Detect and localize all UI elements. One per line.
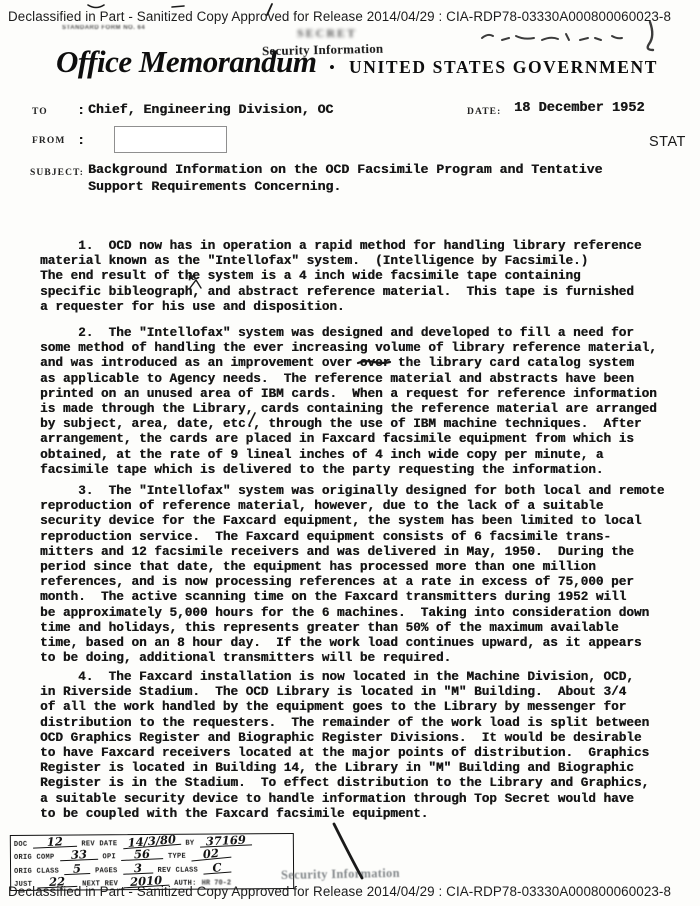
to-value: Chief, Engineering Division, OC <box>88 102 333 117</box>
from-colon: : <box>77 133 85 148</box>
stamp-orig-class-value: 5 <box>64 863 90 875</box>
stamp-rev-class-label: REV CLASS <box>158 866 199 874</box>
scrawl-top-right <box>482 22 653 50</box>
stamp-by-label: BY <box>185 840 194 848</box>
stamp-type-label: TYPE <box>168 853 186 861</box>
standard-form-note: STANDARD FORM NO. 64 <box>62 25 145 31</box>
redaction-box <box>114 126 227 153</box>
scribble-mark-top-left <box>88 5 104 8</box>
secret-stamp-smudge: SECRET <box>297 26 357 41</box>
handwritten-insert-ic: ic <box>187 271 197 284</box>
stamp-doc-value: 12 <box>32 836 76 849</box>
stamp-doc-label: DOC <box>14 841 28 849</box>
stamp-rev-date-value: 14/3/80 <box>122 834 181 849</box>
stamp-opi-label: OPI <box>102 854 116 862</box>
stat-marking: STAT <box>649 134 686 150</box>
stamp-by-value: 37169 <box>199 835 251 848</box>
stamp-opi-value: 56 <box>121 849 163 862</box>
date-label: DATE: <box>467 107 501 117</box>
paragraph-2: 2. The "Intellofax" system was designed … <box>40 325 672 477</box>
stamp-rev-class-value: C <box>203 861 232 874</box>
from-label: FROM <box>32 136 65 146</box>
masthead-bullet: • <box>329 58 335 78</box>
date-value: 18 December 1952 <box>514 101 645 116</box>
declassification-banner-bottom: Declassified in Part - Sanitized Copy Ap… <box>8 884 671 899</box>
stamp-pages-value: 3 <box>122 862 152 874</box>
stamp-orig-comp-label: ORIG COMP <box>14 854 55 862</box>
stamp-type-value: 02 <box>191 847 232 862</box>
subject-line2: Support Requirements Concerning. <box>88 179 341 194</box>
to-label: TO <box>32 107 48 117</box>
paragraph-4: 4. The Faxcard installation is now locat… <box>40 669 672 821</box>
security-information-stamp-bottom: Security Information <box>281 866 400 883</box>
declassification-banner-top: Declassified in Part - Sanitized Copy Ap… <box>8 9 671 24</box>
review-stamp-box: DOC 12 REV DATE 14/3/80 BY 37169 ORIG CO… <box>10 833 294 891</box>
stamp-orig-comp-value: 33 <box>59 849 97 862</box>
paragraph-1: 1. OCD now has in operation a rapid meth… <box>40 238 672 314</box>
paragraph-3: 3. The "Intellofax" system was originall… <box>40 483 672 665</box>
memo-document: Declassified in Part - Sanitized Copy Ap… <box>0 0 700 906</box>
to-colon: : <box>77 103 85 118</box>
subject-label: SUBJECT: <box>30 168 84 178</box>
dash-mark-top-left <box>172 6 184 7</box>
stamp-pages-label: PAGES <box>95 867 118 875</box>
stamp-rev-date-label: REV DATE <box>81 840 117 848</box>
masthead-organization: UNITED STATES GOVERNMENT <box>349 57 658 78</box>
subject-line1: Background Information on the OCD Facsim… <box>88 162 602 177</box>
